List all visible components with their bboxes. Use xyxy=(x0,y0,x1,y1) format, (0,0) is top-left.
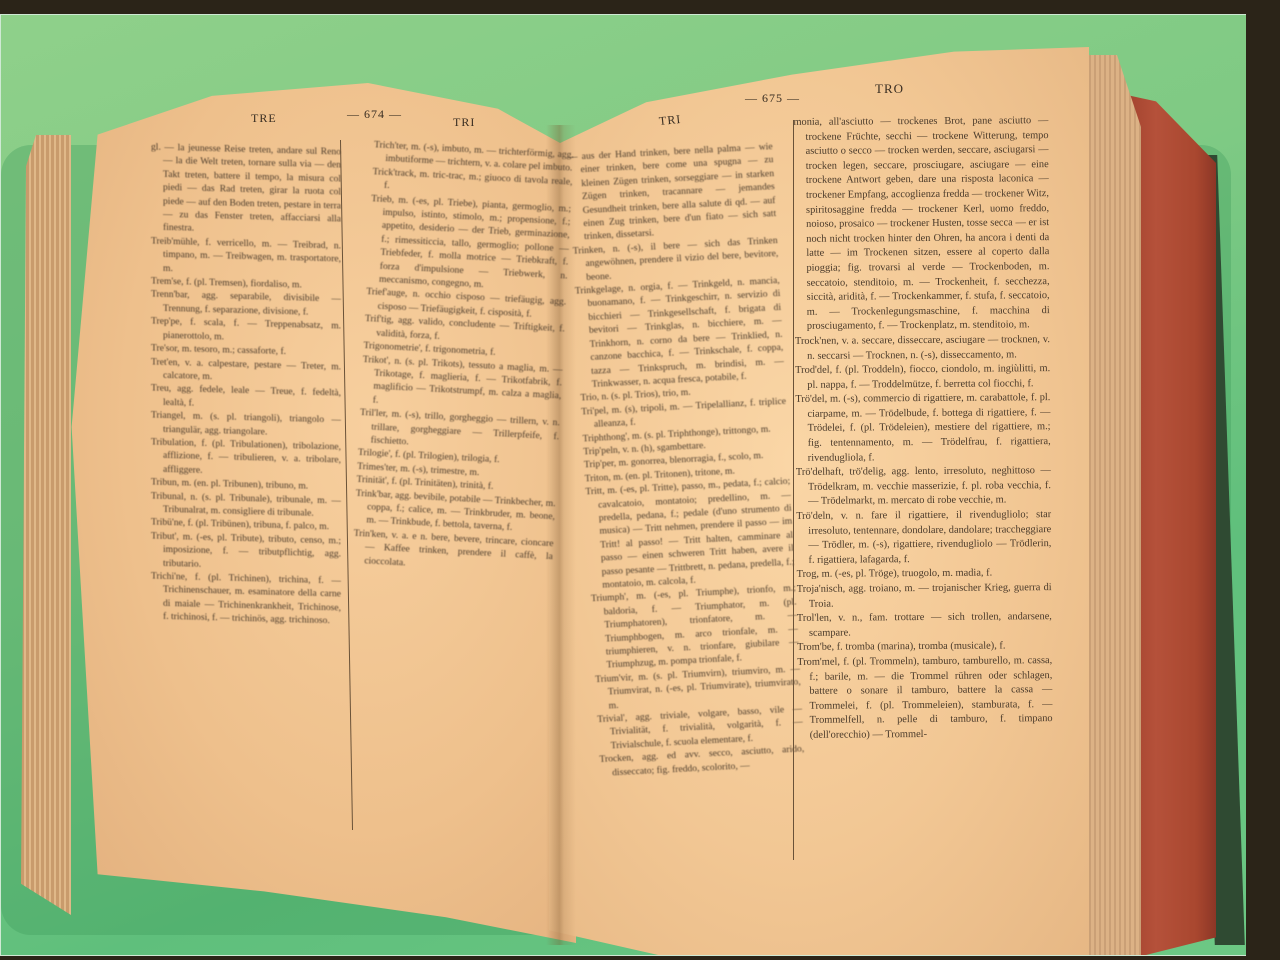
right-running-head-end: TRO xyxy=(875,81,904,97)
left-page-column-1: gl. — la jeunesse Reise treten, andare s… xyxy=(151,141,341,836)
entry: Trinkgelage, n. orgia, f. — Trinkgeld, n… xyxy=(575,274,785,392)
entry: Trock'nen, v. a. seccare, disseccare, as… xyxy=(795,333,1050,364)
top-frame-border xyxy=(0,0,1280,14)
entry: Trieb, m. (-es, pl. Triebe), pianta, ger… xyxy=(367,192,572,296)
entry: Trod'del, f. (pl. Troddeln), fiocco, cio… xyxy=(795,362,1050,393)
entry: Tribut', m. (-es, pl. Tribute), tributo,… xyxy=(151,529,341,574)
left-page-column-2: Trich'ter, m. (-s), imbuto, m. — trichte… xyxy=(338,138,574,848)
entry: Tritt, m. (-es, pl. Tritte), passo, m., … xyxy=(585,475,795,593)
entry: Troja'nisch, agg. troiano, m. — trojanis… xyxy=(797,581,1052,612)
entry: — aus der Hand trinken, bere nella palma… xyxy=(568,140,778,244)
entry: Tribulation, f. (pl. Tribulationen), tri… xyxy=(151,435,341,480)
right-running-head-start: TRI xyxy=(658,112,682,129)
entry: Trö'delhaft, trö'delig, agg. lento, irre… xyxy=(796,464,1051,510)
entry: monia, all'asciutto — trockenes Brot, pa… xyxy=(793,114,1050,335)
left-running-head-start: TRE xyxy=(251,111,277,126)
left-page-number: — 674 — xyxy=(347,107,402,122)
right-page-column-2: monia, all'asciutto — trockenes Brot, pa… xyxy=(793,114,1053,866)
entry: Trol'len, v. n., fam. trottare — sich tr… xyxy=(797,610,1052,641)
right-page-column-1: — aus der Hand trinken, bere nella palma… xyxy=(568,140,810,860)
entry: Trom'mel, f. (pl. Trommeln), tamburo, ta… xyxy=(797,654,1053,743)
entry: Treib'mühle, f. verricello, m. — Treibra… xyxy=(151,234,341,279)
right-page-stack xyxy=(1081,55,1141,955)
right-frame-border xyxy=(1246,0,1280,960)
left-running-head-end: TRI xyxy=(453,115,475,130)
photo-frame: TRE — 674 — TRI TRI — 675 — TRO gl. — la… xyxy=(0,14,1248,956)
entry: gl. — la jeunesse Reise treten, andare s… xyxy=(151,141,341,240)
entry: Trö'deln, v. n. fare il rigattiere, il r… xyxy=(796,508,1051,568)
entry: Trichi'ne, f. (pl. Trichinen), trichina,… xyxy=(151,570,341,629)
entry: Trö'del, m. (-s), commercio di rigattier… xyxy=(795,391,1051,466)
right-page-number: — 675 — xyxy=(745,91,800,106)
left-page-stack xyxy=(21,135,71,915)
entry: Triumph', m. (-es, pl. Triumphe), trionf… xyxy=(591,582,800,673)
